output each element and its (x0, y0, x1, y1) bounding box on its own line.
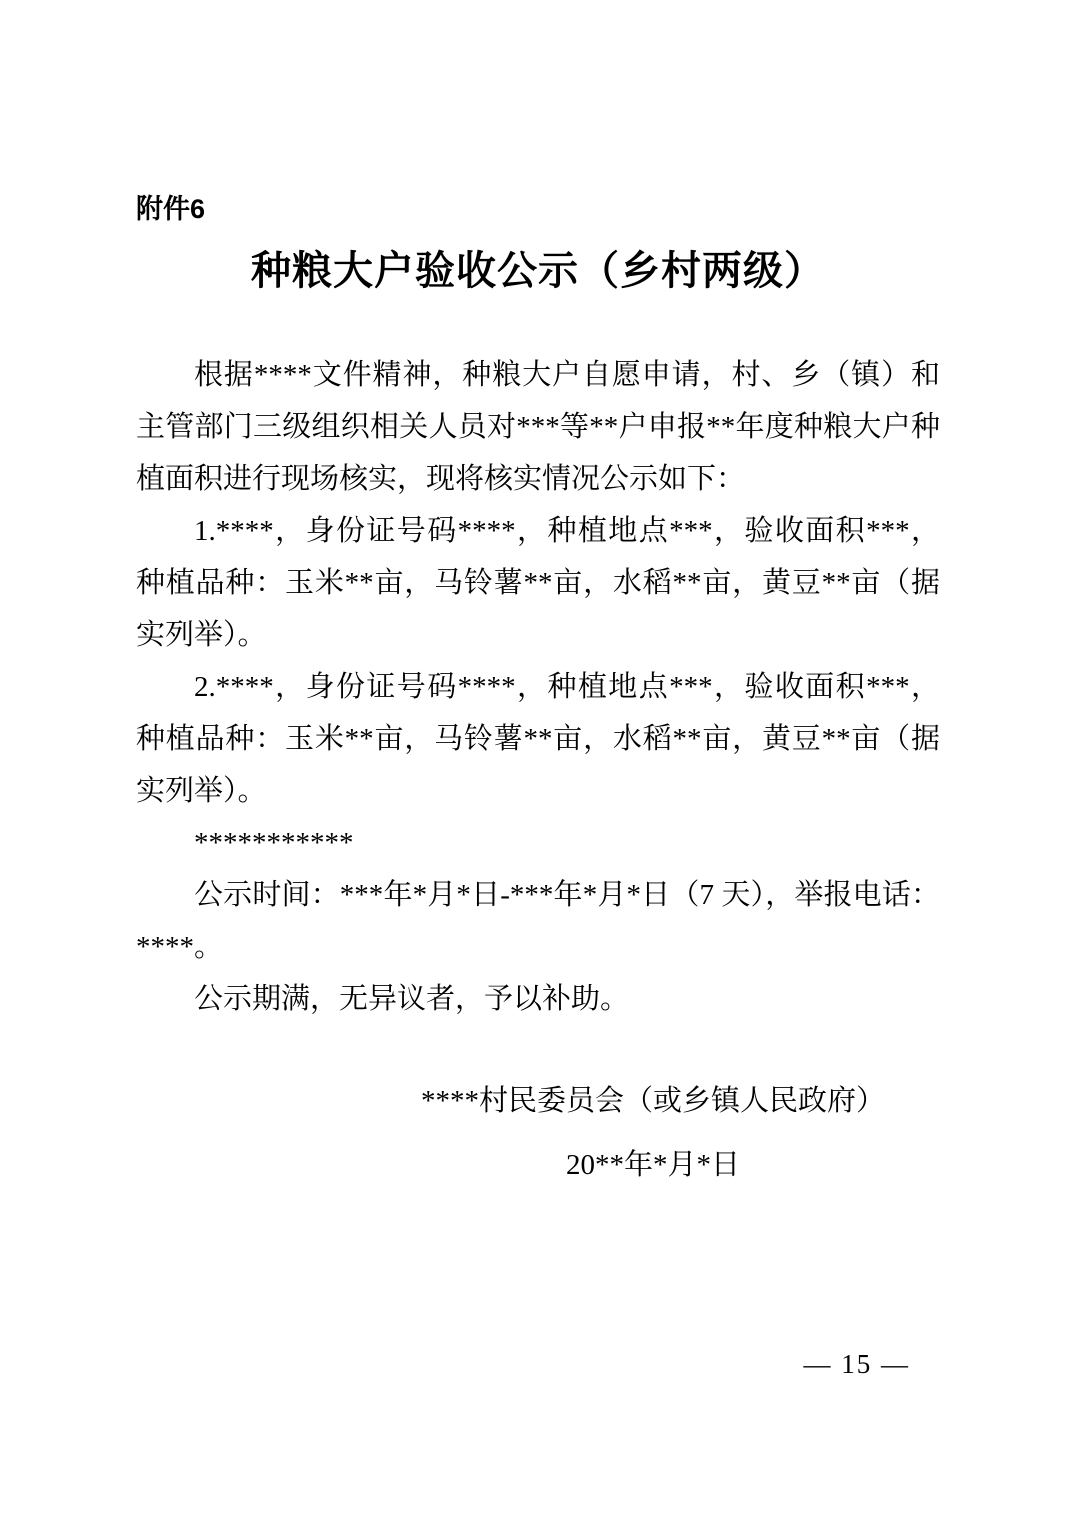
paragraph-conclusion: 公示期满，无异议者，予以补助。 (136, 973, 940, 1025)
page-number: — 15 — (804, 1348, 911, 1380)
document-page: 附件6 种粮大户验收公示（乡村两级） 根据****文件精神，种粮大户自愿申请，村… (0, 0, 1074, 1520)
document-body: 根据****文件精神，种粮大户自愿申请，村、乡（镇）和主管部门三级组织相关人员对… (136, 349, 940, 1025)
paragraph-item-2: 2.****，身份证号码****，种植地点***，验收面积***，种植品种：玉米… (136, 661, 940, 817)
document-title: 种粮大户验收公示（乡村两级） (136, 245, 940, 297)
signature-organization: ****村民委员会（或乡镇人民政府） (421, 1075, 885, 1127)
paragraph-item-1: 1.****，身份证号码****，种植地点***，验收面积***，种植品种：玉米… (136, 505, 940, 661)
attachment-label: 附件6 (136, 193, 940, 225)
paragraph-publicity-period: 公示时间：***年*月*日-***年*月*日（7 天），举报电话：****。 (136, 869, 940, 973)
paragraph-intro: 根据****文件精神，种粮大户自愿申请，村、乡（镇）和主管部门三级组织相关人员对… (136, 349, 940, 505)
signature-date: 20**年*月*日 (421, 1139, 885, 1191)
paragraph-asterisk-line: *********** (136, 817, 940, 869)
signature-block: ****村民委员会（或乡镇人民政府） 20**年*月*日 (421, 1075, 885, 1191)
